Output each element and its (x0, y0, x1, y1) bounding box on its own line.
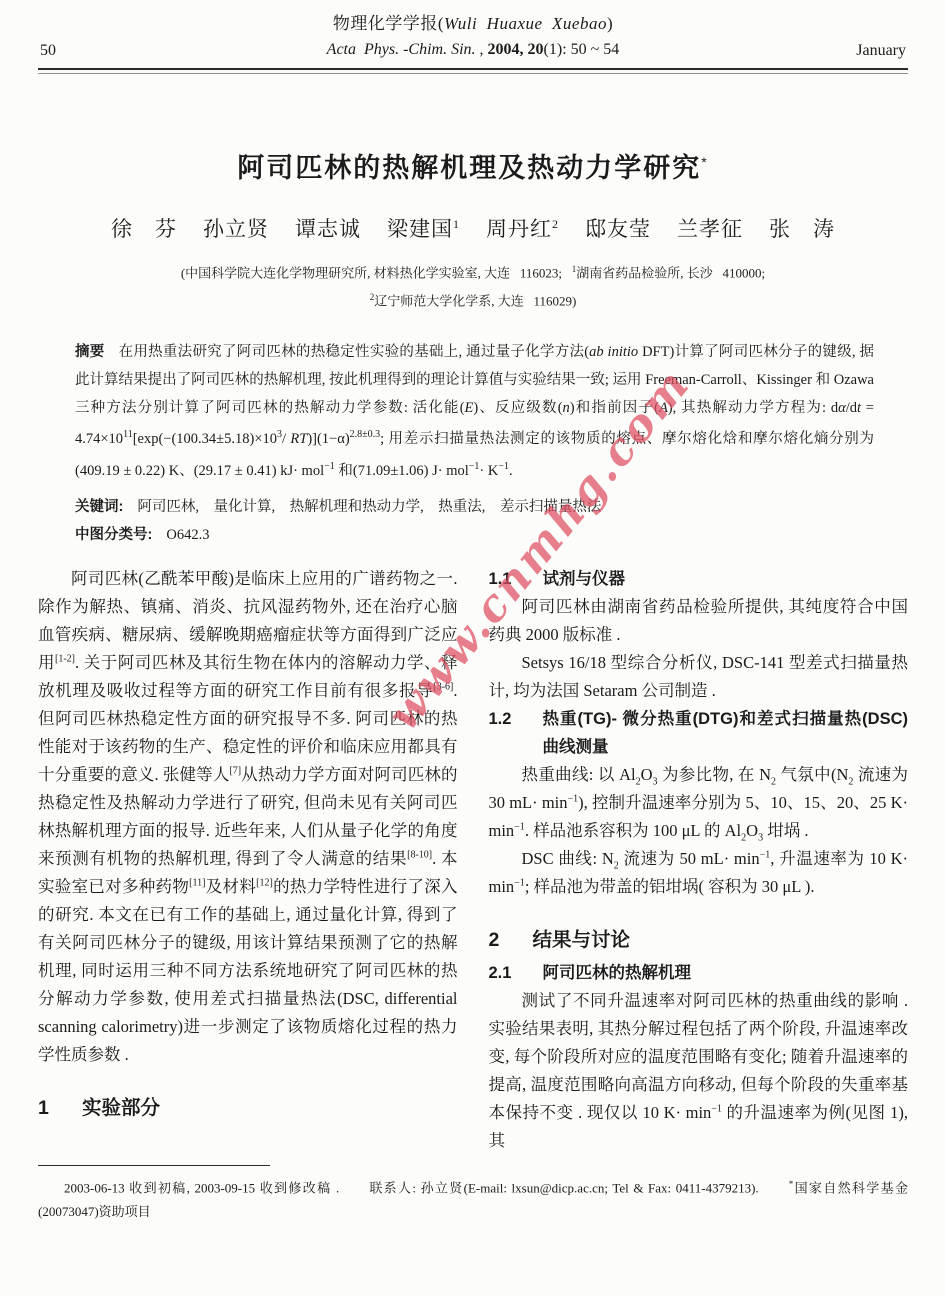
paper-title-text: 阿司匹林的热解机理及热动力学研究 (237, 153, 701, 183)
affiliation-line: 2辽宁师范大学化学系, 大连 116029) (38, 285, 908, 313)
section-number: 2 (489, 925, 533, 955)
title-footnote-marker: * (701, 154, 708, 170)
footnote: 2003-06-13 收到初稿, 2003-09-15 收到修改稿 . 联系人:… (38, 1165, 908, 1222)
page-content: 物理化学学报(Wuli Huaxue Xuebao) 50 Acta Phys.… (0, 0, 945, 1223)
affiliations: (中国科学院大连化学物理研究所, 材料热化学实验室, 大连 116023; 1湖… (38, 257, 908, 314)
keywords-label: 关键词: (75, 499, 123, 515)
footnote-text: 2003-06-13 收到初稿, 2003-09-15 收到修改稿 . 联系人:… (38, 1173, 908, 1222)
header-rule (38, 68, 908, 74)
author-name: 邸友莹 (585, 217, 651, 241)
right-column: 1.1 试剂与仪器 阿司匹林由湖南省药品检验所提供, 其纯度符合中国药典 200… (489, 565, 909, 1155)
section-number: 2.1 (489, 959, 543, 987)
author-name: 孙立贤 (203, 217, 269, 241)
section-number: 1.1 (489, 565, 543, 593)
paragraph-instruments: Setsys 16/18 型综合分析仪, DSC-141 型差式扫描量热计, 均… (489, 649, 909, 705)
section-2-heading: 2 结果与讨论 (489, 925, 909, 955)
authors-line: 徐 芬孙立贤谭志诚梁建国1周丹红2邸友莹兰孝征张 涛 (38, 213, 908, 243)
citation-text: Acta Phys. -Chim. Sin. , 2004, 20(1): 50… (327, 41, 620, 58)
keywords-text: 阿司匹林, 量化计算, 热解机理和热动力学, 热重法, 差示扫描量热法 (137, 499, 601, 515)
author-name: 兰孝征 (677, 217, 743, 241)
section-title: 结果与讨论 (533, 925, 631, 955)
clc-line: 中图分类号:O642.3 (75, 523, 874, 544)
clc-label: 中图分类号: (75, 527, 152, 543)
author-name: 徐 芬 (111, 217, 177, 241)
section-2-1-heading: 2.1 阿司匹林的热解机理 (489, 959, 909, 987)
paragraph-results: 测试了不同升温速率对阿司匹林的热重曲线的影响 . 实验结果表明, 其热分解过程包… (489, 987, 909, 1155)
journal-title: 物理化学学报(Wuli Huaxue Xuebao) (38, 9, 908, 34)
author-name: 谭志诚 (295, 217, 361, 241)
author-name: 周丹红2 (486, 217, 559, 241)
author-name: 张 涛 (769, 217, 835, 241)
footnote-divider (38, 1165, 270, 1166)
section-1-heading: 1 实验部分 (38, 1093, 458, 1123)
section-1-2-heading: 1.2 热重(TG)- 微分热重(DTG)和差式扫描量热(DSC)曲线测量 (489, 705, 909, 761)
abstract: 摘要在用热重法研究了阿司匹林的热稳定性实验的基础上, 通过量子化学方法(ab i… (75, 338, 874, 486)
keywords-line: 关键词:阿司匹林, 量化计算, 热解机理和热动力学, 热重法, 差示扫描量热法 (75, 495, 874, 516)
citation-line: 50 Acta Phys. -Chim. Sin. , 2004, 20(1):… (38, 41, 908, 59)
abstract-text: 在用热重法研究了阿司匹林的热稳定性实验的基础上, 通过量子化学方法(ab ini… (75, 344, 874, 480)
paragraph-dsc-curve: DSC 曲线: N2 流速为 50 mL· min−1, 升温速率为 10 K·… (489, 845, 909, 901)
section-title: 试剂与仪器 (543, 565, 909, 593)
section-number: 1.2 (489, 705, 543, 761)
section-number: 1 (38, 1093, 82, 1123)
paragraph-reagents: 阿司匹林由湖南省药品检验所提供, 其纯度符合中国药典 2000 版标准 . (489, 593, 909, 649)
body-columns: 阿司匹林(乙酰苯甲酸)是临床上应用的广谱药物之一. 除作为解热、镇痛、消炎、抗风… (38, 565, 908, 1155)
abstract-label: 摘要 (75, 344, 105, 360)
affiliation-line: (中国科学院大连化学物理研究所, 材料热化学实验室, 大连 116023; 1湖… (38, 257, 908, 285)
left-column: 阿司匹林(乙酰苯甲酸)是临床上应用的广谱药物之一. 除作为解热、镇痛、消炎、抗风… (38, 565, 458, 1155)
section-title: 阿司匹林的热解机理 (543, 959, 909, 987)
paragraph-tg-curve: 热重曲线: 以 Al2O3 为参比物, 在 N2 气氛中(N2 流速为 30 m… (489, 761, 909, 845)
section-title: 热重(TG)- 微分热重(DTG)和差式扫描量热(DSC)曲线测量 (543, 705, 909, 761)
intro-paragraph: 阿司匹林(乙酰苯甲酸)是临床上应用的广谱药物之一. 除作为解热、镇痛、消炎、抗风… (38, 565, 458, 1069)
section-1-1-heading: 1.1 试剂与仪器 (489, 565, 909, 593)
clc-value: O642.3 (166, 527, 209, 543)
author-name: 梁建国1 (387, 217, 460, 241)
paper-title: 阿司匹林的热解机理及热动力学研究* (38, 146, 908, 185)
section-title: 实验部分 (82, 1093, 160, 1123)
page: www.cnmhg.com 物理化学学报(Wuli Huaxue Xuebao)… (0, 0, 945, 1296)
page-number: 50 (40, 42, 56, 60)
issue-month: January (856, 42, 906, 60)
